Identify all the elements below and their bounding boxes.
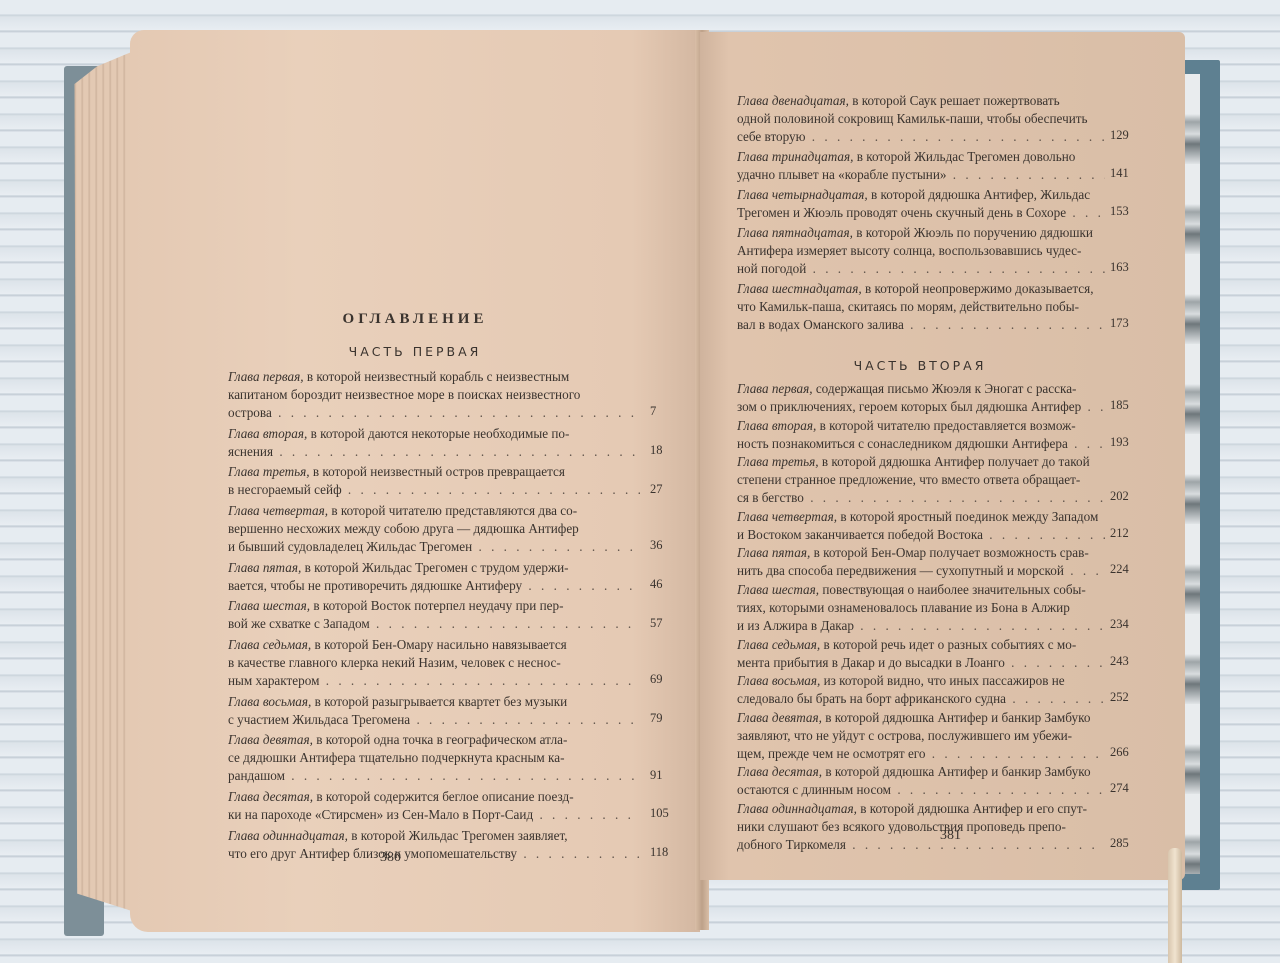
dot-leader: . . . . . . . . . . . . . . . . . . . . … <box>846 837 1105 852</box>
page-ref: 243 <box>1110 654 1129 669</box>
chapter-description: нить два способа передвижения — сухопутн… <box>737 563 1064 578</box>
chapter-label: Глава десятая, <box>228 789 316 804</box>
page-ref: 285 <box>1110 836 1129 851</box>
chapter-label: Глава одиннадцатая, <box>228 828 351 843</box>
toc-entry: Глава десятая, в которой содержится бегл… <box>228 788 640 824</box>
chapter-label: Глава пятнадцатая, <box>737 225 856 240</box>
chapter-description: рандашом <box>228 768 285 783</box>
dot-leader: . . . . . . . . . . . . . . . . . . . . … <box>517 846 640 861</box>
chapter-description: ным характером <box>228 673 319 688</box>
chapter-description: себе вторую <box>737 129 806 144</box>
page-ref: 202 <box>1110 489 1129 504</box>
dot-leader: . . . . . . . . . . . . . . . . . . . . … <box>522 578 640 593</box>
chapter-description: в которой дядюшка Антифер и его спут- <box>860 801 1087 816</box>
dot-leader: . . . . . . . . . . . . . . . . . . . . … <box>804 490 1105 505</box>
chapter-description: в которой дядюшка Антифер, Жильдас <box>871 187 1090 202</box>
page-ref: 212 <box>1110 526 1129 541</box>
toc-entry: Глава шестая, в которой Восток потерпел … <box>228 597 640 633</box>
dot-leader: . . . . . . . . . . . . . . . . . . . . … <box>925 746 1105 761</box>
chapter-description: повествующая о наиболее значительных соб… <box>822 582 1085 597</box>
dot-leader: . . . . . . . . . . . . . . . . . . . . … <box>1068 436 1105 451</box>
chapter-label: Глава пятая, <box>228 560 305 575</box>
chapter-description: в которой Жюэль по поручению дядюшки <box>856 225 1093 240</box>
chapter-description: ность познакомиться с сонаследником дядю… <box>737 436 1068 451</box>
page-ref: 7 <box>650 404 656 419</box>
chapter-description: в которой Восток потерпел неудачу при пе… <box>313 598 563 613</box>
chapter-description: в которой читателю представляются два со… <box>331 503 577 518</box>
dot-leader: . . . . . . . . . . . . . . . . . . . . … <box>1081 399 1105 414</box>
chapter-description: добного Тиркомеля <box>737 837 846 852</box>
dot-leader: . . . . . . . . . . . . . . . . . . . . … <box>273 444 640 459</box>
page-ref: 163 <box>1110 260 1129 275</box>
toc-entry: Глава седьмая, в которой речь идет о раз… <box>737 636 1105 672</box>
chapter-description: в которой Бен-Омару насильно навязываетс… <box>314 637 566 652</box>
toc-entry: Глава пятая, в которой Жильдас Трегомен … <box>228 559 640 595</box>
toc-entry: Глава четырнадцатая, в которой дядюшка А… <box>737 186 1105 222</box>
dot-leader: . . . . . . . . . . . . . . . . . . . . … <box>806 129 1106 144</box>
chapter-label: Глава шестнадцатая, <box>737 281 865 296</box>
toc-entry: Глава седьмая, в которой Бен-Омару насил… <box>228 636 640 690</box>
chapter-label: Глава третья, <box>737 454 822 469</box>
toc-entry: Глава вторая, в которой читателю предост… <box>737 417 1105 453</box>
dot-leader: . . . . . . . . . . . . . . . . . . . . … <box>1006 691 1105 706</box>
chapter-description: в которой читателю предоставляется возмо… <box>820 418 1076 433</box>
page-ref: 266 <box>1110 745 1129 760</box>
chapter-description: в качестве главного клерка некий Назим, … <box>228 655 561 670</box>
dot-leader: . . . . . . . . . . . . . . . . . . . . … <box>410 712 640 727</box>
chapter-label: Глава третья, <box>228 464 313 479</box>
toc-entry: Глава восьмая, из которой видно, что ины… <box>737 672 1105 708</box>
chapter-label: Глава вторая, <box>228 426 311 441</box>
page-ref: 129 <box>1110 128 1129 143</box>
chapter-description: в которой одна точка в географическом ат… <box>316 732 567 747</box>
toc-entry: Глава шестнадцатая, в которой неопроверж… <box>737 280 1105 334</box>
page-ref: 185 <box>1110 398 1129 413</box>
chapter-description: в которой Жильдас Трегомен довольно <box>857 149 1076 164</box>
dot-leader: . . . . . . . . . . . . . . . . . . . . … <box>983 527 1105 542</box>
chapter-description: в которой дядюшка Антифер и банкир Замбу… <box>825 764 1090 779</box>
toc-entry: Глава четвертая, в которой яростный поед… <box>737 508 1105 544</box>
chapter-description: острова <box>228 405 272 420</box>
chapter-description: степени странное предложение, что вместо… <box>737 472 1080 487</box>
page-ref: 173 <box>1110 316 1129 331</box>
dot-leader: . . . . . . . . . . . . . . . . . . . . … <box>946 167 1105 182</box>
chapter-label: Глава шестая, <box>737 582 822 597</box>
chapter-label: Глава тринадцатая, <box>737 149 857 164</box>
chapter-label: Глава одиннадцатая, <box>737 801 860 816</box>
chapter-description: тиях, которыми ознаменовалось плавание и… <box>737 600 1070 615</box>
page-ref: 274 <box>1110 781 1129 796</box>
page-number: 381 <box>940 828 961 844</box>
chapter-description: в несгораемый сейф <box>228 482 342 497</box>
toc-entry: Глава первая, в которой неизвестный кора… <box>228 368 640 422</box>
page-ref: 141 <box>1110 166 1129 181</box>
chapter-description: одной половиной сокровищ Камильк-паши, ч… <box>737 111 1088 126</box>
toc-entry: Глава третья, в которой неизвестный остр… <box>228 463 640 499</box>
chapter-label: Глава первая, <box>737 381 816 396</box>
chapter-label: Глава десятая, <box>737 764 825 779</box>
toc-entry: Глава шестая, повествующая о наиболее зн… <box>737 581 1105 635</box>
chapter-label: Глава четвертая, <box>737 509 840 524</box>
chapter-description: в которой разыгрывается квартет без музы… <box>315 694 568 709</box>
chapter-label: Глава четырнадцатая, <box>737 187 871 202</box>
toc-entry: Глава девятая, в которой одна точка в ге… <box>228 731 640 785</box>
toc-entry: Глава десятая, в которой дядюшка Антифер… <box>737 763 1105 799</box>
chapter-label: Глава седьмая, <box>228 637 314 652</box>
chapter-label: Глава седьмая, <box>737 637 823 652</box>
wooden-bookmark-stick <box>1168 848 1182 963</box>
chapter-description: в которой содержится беглое описание пое… <box>316 789 573 804</box>
chapter-description: что его друг Антифер близок к умопомешат… <box>228 846 517 861</box>
page-ref: 46 <box>650 577 663 592</box>
dot-leader: . . . . . . . . . . . . . . . . . . . . … <box>1066 205 1105 220</box>
chapter-description: и из Алжира в Дакар <box>737 618 854 633</box>
right-page: Глава двенадцатая, в которой Саук решает… <box>700 32 1185 880</box>
chapter-description: ники слушают без всякого удовольствия пр… <box>737 819 1066 834</box>
chapter-description: в которой Жильдас Трегомен с трудом удер… <box>305 560 569 575</box>
dot-leader: . . . . . . . . . . . . . . . . . . . . … <box>854 618 1105 633</box>
chapter-label: Глава вторая, <box>737 418 820 433</box>
chapter-description: в которой яростный поединок между Западо… <box>840 509 1098 524</box>
chapter-description: яснения <box>228 444 273 459</box>
chapter-description: щем, прежде чем не осмотрят его <box>737 746 925 761</box>
chapter-description: и бывший судовладелец Жильдас Трегомен <box>228 539 472 554</box>
part-one-title: ЧАСТЬ ПЕРВАЯ <box>130 344 700 359</box>
page-ref: 36 <box>650 538 663 553</box>
chapter-label: Глава восьмая, <box>737 673 824 688</box>
dot-leader: . . . . . . . . . . . . . . . . . . . . … <box>370 616 640 631</box>
dot-leader: . . . . . . . . . . . . . . . . . . . . … <box>342 482 640 497</box>
toc-entry: Глава двенадцатая, в которой Саук решает… <box>737 92 1105 146</box>
page-ref: 69 <box>650 672 663 687</box>
chapter-description: в которой неизвестный корабль с неизвест… <box>307 369 569 384</box>
chapter-description: вершенно несхожих между собою друга — дя… <box>228 521 579 536</box>
toc-entry: Глава первая, содержащая письмо Жюэля к … <box>737 380 1105 416</box>
toc-entry: Глава одиннадцатая, в которой дядюшка Ан… <box>737 800 1105 854</box>
dot-leader: . . . . . . . . . . . . . . . . . . . . … <box>472 539 640 554</box>
chapter-description: в которой дядюшка Антифер и банкир Замбу… <box>825 710 1090 725</box>
chapter-label: Глава двенадцатая, <box>737 93 852 108</box>
chapter-description: ной погодой <box>737 261 806 276</box>
chapter-description: в которой Саук решает пожертвовать <box>852 93 1059 108</box>
page-ref: 105 <box>650 806 669 821</box>
chapter-description: с участием Жильдаса Трегомена <box>228 712 410 727</box>
toc-entry: Глава четвертая, в которой читателю пред… <box>228 502 640 556</box>
chapter-description: капитаном бороздит неизвестное море в по… <box>228 387 580 402</box>
chapter-label: Глава четвертая, <box>228 503 331 518</box>
chapter-description: ся в бегство <box>737 490 804 505</box>
chapter-description: в которой неопровержимо доказывается, <box>865 281 1094 296</box>
chapter-description: зом о приключениях, героем которых был д… <box>737 399 1081 414</box>
left-page: ОГЛАВЛЕНИЕ ЧАСТЬ ПЕРВАЯ Глава первая, в … <box>130 30 700 932</box>
toc-entry: Глава тринадцатая, в которой Жильдас Тре… <box>737 148 1105 184</box>
chapter-description: мента прибытия в Дакар и до высадки в Ло… <box>737 655 1005 670</box>
chapter-description: вал в водах Оманского залива <box>737 317 904 332</box>
page-ref: 193 <box>1110 435 1129 450</box>
chapter-description: вается, чтобы не противоречить дядюшке А… <box>228 578 522 593</box>
page-ref: 224 <box>1110 562 1129 577</box>
dot-leader: . . . . . . . . . . . . . . . . . . . . … <box>806 261 1105 276</box>
part-two-title: ЧАСТЬ ВТОРАЯ <box>700 358 1140 373</box>
toc-entry: Глава девятая, в которой дядюшка Антифер… <box>737 709 1105 763</box>
page-ref: 252 <box>1110 690 1129 705</box>
chapter-description: в которой Бен-Омар получает возможность … <box>814 545 1089 560</box>
chapter-description: удачно плывет на «корабле пустыни» <box>737 167 946 182</box>
toc-entry: Глава вторая, в которой даются некоторые… <box>228 425 640 461</box>
dot-leader: . . . . . . . . . . . . . . . . . . . . … <box>1064 563 1105 578</box>
page-ref: 153 <box>1110 204 1129 219</box>
page-ref: 27 <box>650 482 663 497</box>
chapter-label: Глава шестая, <box>228 598 313 613</box>
page-number: 380 <box>380 850 401 866</box>
chapter-description: Трегомен и Жюэль проводят очень скучный … <box>737 205 1066 220</box>
chapter-description: в которой речь идет о разных событиях с … <box>823 637 1076 652</box>
toc-entry: Глава пятая, в которой Бен-Омар получает… <box>737 544 1105 580</box>
chapter-description: в которой Жильдас Трегомен заявляет, <box>351 828 567 843</box>
chapter-description: заявляют, что не уйдут с острова, послуж… <box>737 728 1072 743</box>
page-ref: 79 <box>650 711 663 726</box>
chapter-description: ки на пароходе «Стирсмен» из Сен-Мало в … <box>228 807 533 822</box>
toc-entry: Глава восьмая, в которой разыгрывается к… <box>228 693 640 729</box>
chapter-description: и Востоком заканчивается победой Востока <box>737 527 983 542</box>
chapter-description: содержащая письмо Жюэля к Эногат с расск… <box>816 381 1077 396</box>
chapter-description: вой же схватке с Западом <box>228 616 370 631</box>
chapter-label: Глава первая, <box>228 369 307 384</box>
dot-leader: . . . . . . . . . . . . . . . . . . . . … <box>533 807 640 822</box>
chapter-label: Глава девятая, <box>737 710 825 725</box>
chapter-label: Глава восьмая, <box>228 694 315 709</box>
chapter-description: в которой неизвестный остров превращаетс… <box>313 464 565 479</box>
dot-leader: . . . . . . . . . . . . . . . . . . . . … <box>1005 655 1105 670</box>
toc-entry: Глава третья, в которой дядюшка Антифер … <box>737 453 1105 507</box>
chapter-description: что Камильк-паша, скитаясь по морям, дей… <box>737 299 1079 314</box>
dot-leader: . . . . . . . . . . . . . . . . . . . . … <box>891 782 1105 797</box>
chapter-label: Глава пятая, <box>737 545 814 560</box>
dot-leader: . . . . . . . . . . . . . . . . . . . . … <box>272 405 640 420</box>
dot-leader: . . . . . . . . . . . . . . . . . . . . … <box>904 317 1105 332</box>
dot-leader: . . . . . . . . . . . . . . . . . . . . … <box>285 768 640 783</box>
page-ref: 18 <box>650 443 663 458</box>
chapter-description: из которой видно, что иных пассажиров не <box>824 673 1065 688</box>
chapter-description: се дядюшки Антифера тщательно подчеркнут… <box>228 750 564 765</box>
page-ref: 57 <box>650 616 663 631</box>
chapter-description: в которой даются некоторые необходимые п… <box>311 426 570 441</box>
chapter-label: Глава девятая, <box>228 732 316 747</box>
chapter-description: Антифера измеряет высоту солнца, восполь… <box>737 243 1081 258</box>
chapter-description: в которой дядюшка Антифер получает до та… <box>822 454 1090 469</box>
chapter-description: следовало бы брать на борт африканского … <box>737 691 1006 706</box>
page-ref: 234 <box>1110 617 1129 632</box>
dot-leader: . . . . . . . . . . . . . . . . . . . . … <box>319 673 640 688</box>
page-ref: 91 <box>650 768 663 783</box>
page-ref: 118 <box>650 845 668 860</box>
toc-title: ОГЛАВЛЕНИЕ <box>130 311 700 328</box>
chapter-description: остаются с длинным носом <box>737 782 891 797</box>
toc-entry: Глава пятнадцатая, в которой Жюэль по по… <box>737 224 1105 278</box>
toc-entry: Глава одиннадцатая, в которой Жильдас Тр… <box>228 827 640 863</box>
